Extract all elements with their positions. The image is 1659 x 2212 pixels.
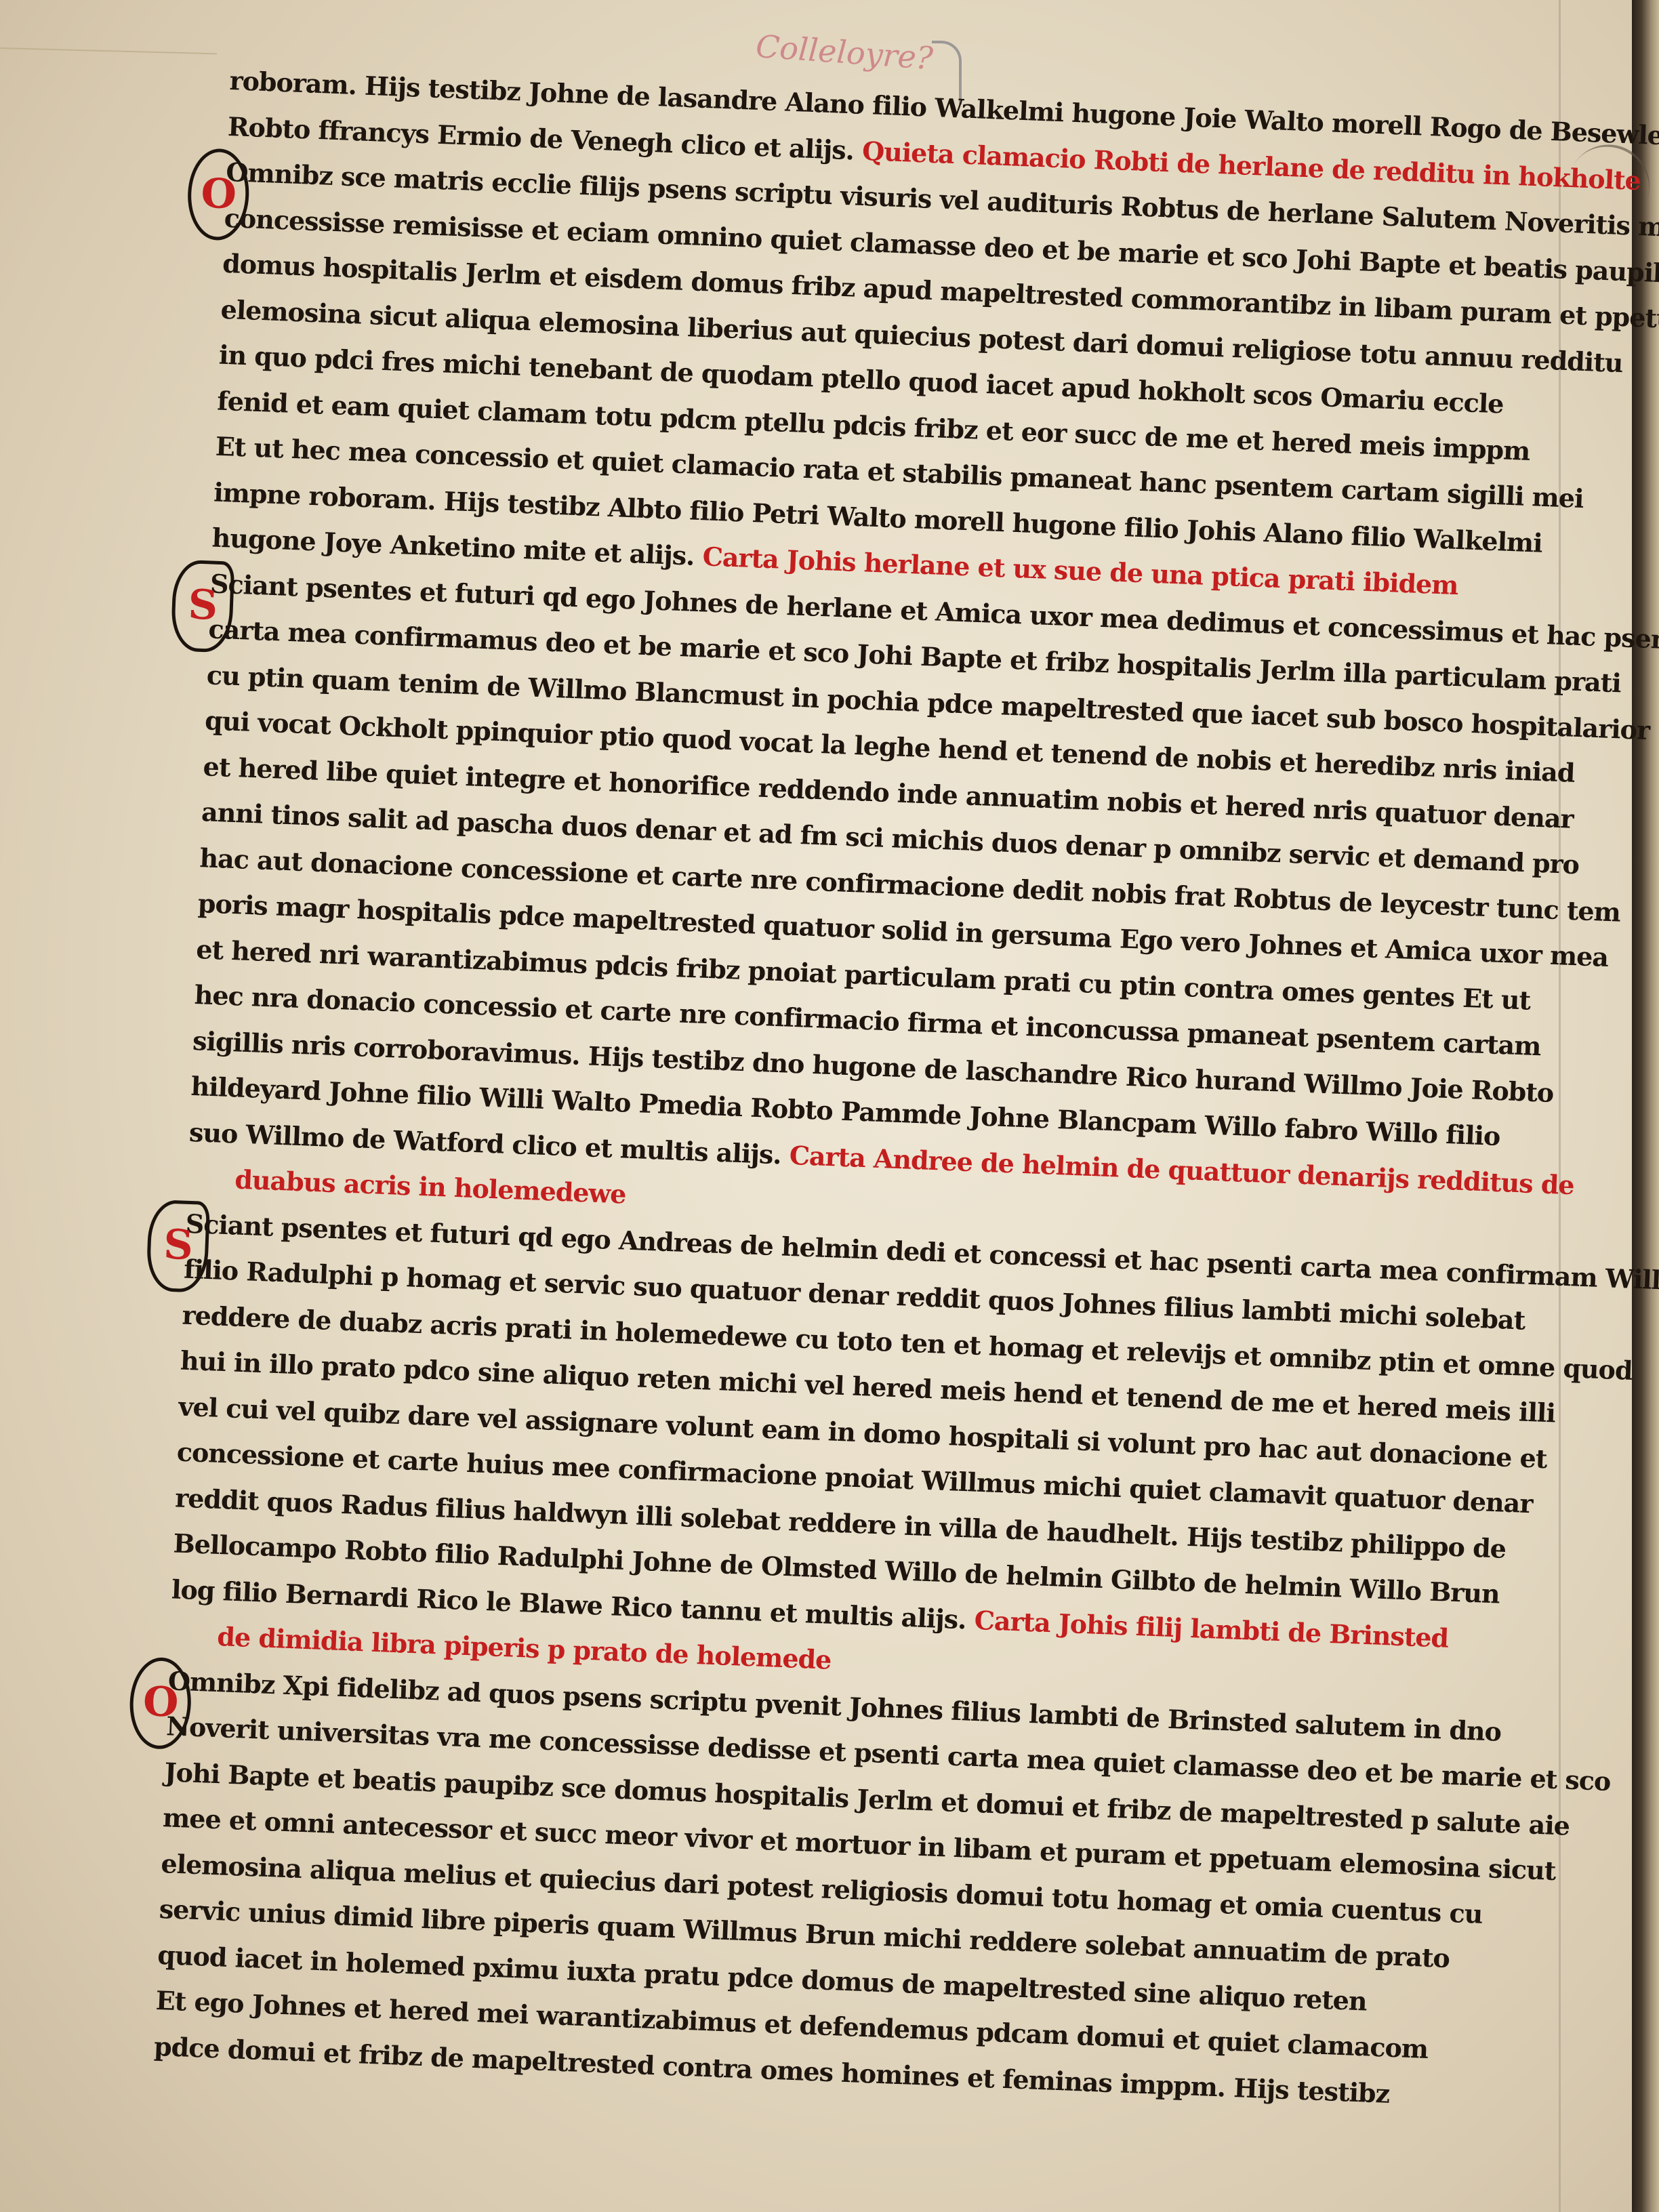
manuscript-photo: Colleloyre? roboram. Hijs testibz Johne … xyxy=(0,0,1659,2212)
page-edge-line xyxy=(0,47,217,54)
running-header-mark: Colleloyre? xyxy=(754,28,934,77)
rubric-heading: duabus acris in holemedewe xyxy=(234,1164,627,1209)
manuscript-text-block: roboram. Hijs testibz Johne de lasandre … xyxy=(153,58,1578,2121)
